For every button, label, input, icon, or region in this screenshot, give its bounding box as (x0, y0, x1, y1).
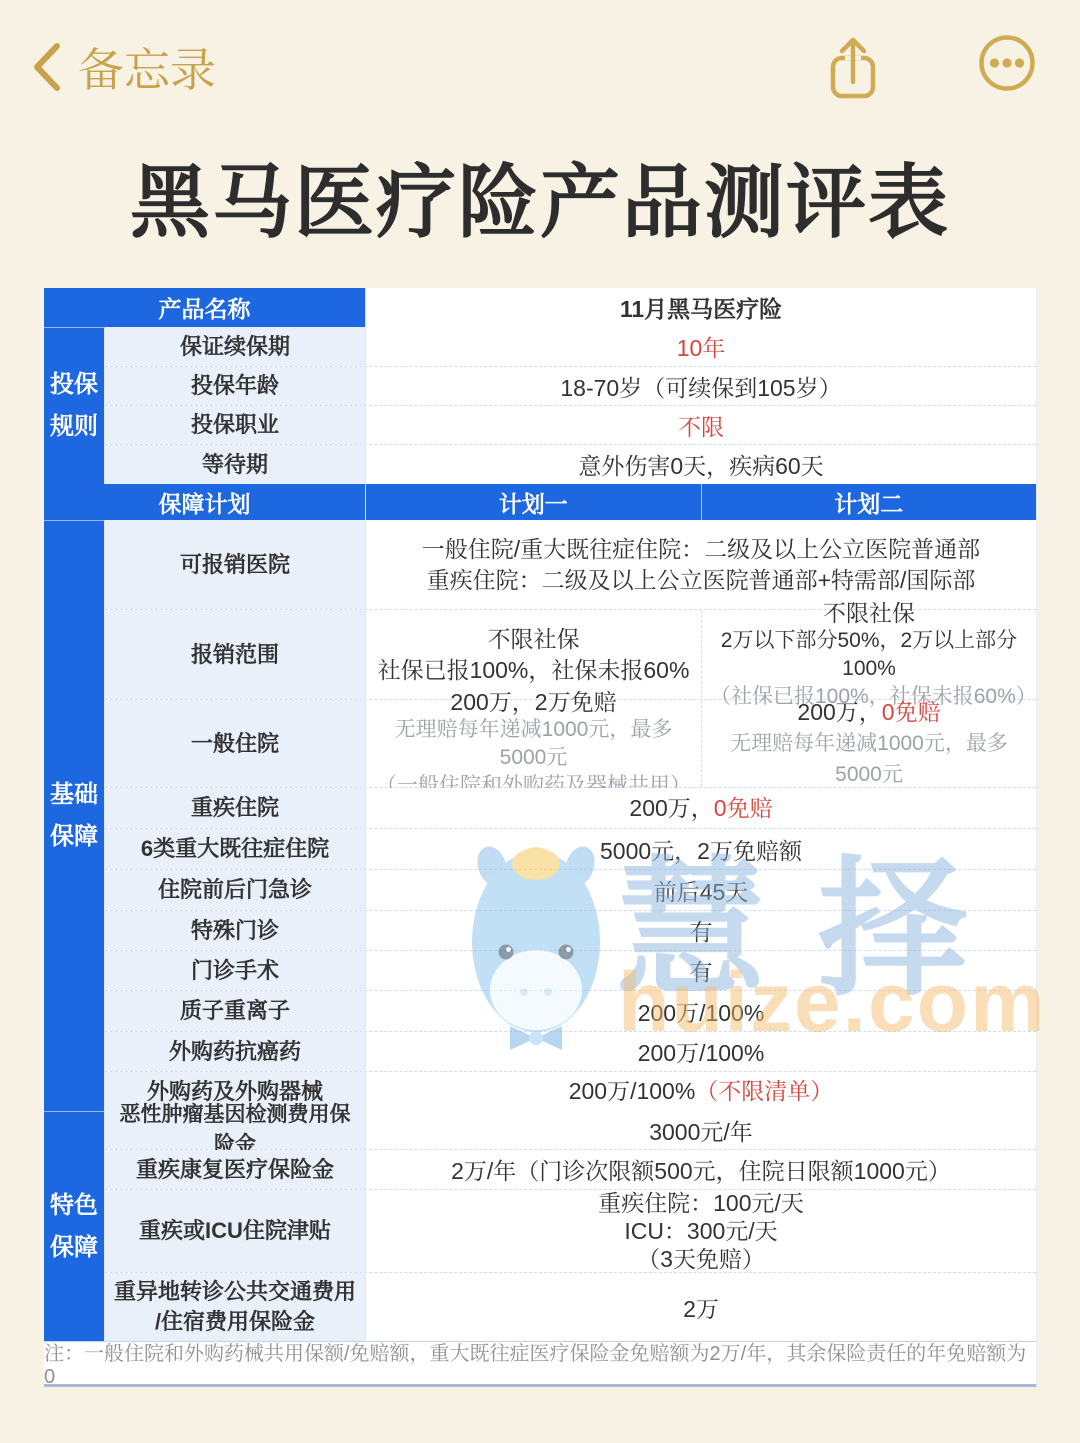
group-basic-coverage: 基础 保障 (44, 520, 105, 1111)
table-row: 重疾或ICU住院津贴 重疾住院：100元/天 ICU：300元/天 （3天免赔） (105, 1190, 1036, 1273)
table-row: 恶性肿瘤基因检测费用保险金 3000元/年 (105, 1111, 1036, 1150)
navbar: 备忘录 (0, 28, 1080, 112)
table-row: 等待期 意外伤害0天，疾病60天 (105, 445, 1036, 484)
group-application-rules: 投保 规则 (44, 327, 105, 484)
row-label: 重疾或ICU住院津贴 (105, 1190, 366, 1272)
table-row: 6类重大既往症住院 5000元，2万免赔额 (105, 829, 1036, 870)
label-line: 重异地转诊公共交通费用 (114, 1277, 356, 1307)
value-line: 重疾住院：100元/天 (598, 1189, 804, 1217)
value-line: （3天免赔） (637, 1245, 765, 1273)
table-row: 报销范围 不限社保 社保已报100%，社保未报60% 不限社保 2万以下部分50… (105, 610, 1036, 700)
plan-header-label: 保障计划 (44, 484, 366, 520)
value-line: 社保已报100%，社保未报60% (378, 655, 690, 686)
label-line: /住宿费用保险金 (155, 1307, 315, 1337)
plan2-value: 不限社保 2万以下部分50%，2万以上部分100% （社保已报100%，社保未报… (701, 610, 1036, 699)
row-value: 200万/100% (366, 991, 1036, 1031)
row-label: 重疾住院 (105, 788, 366, 828)
row-label: 恶性肿瘤基因检测费用保险金 (105, 1111, 366, 1149)
row-label: 等待期 (105, 445, 366, 484)
group-label-line: 投保 (50, 364, 98, 406)
product-name-label: 产品名称 (44, 288, 366, 327)
group-special-coverage: 特色 保障 (44, 1111, 105, 1341)
row-label: 外购药抗癌药 (105, 1032, 366, 1071)
value-line: 一般住院/重大既往症住院：二级及以上公立医院普通部 (422, 534, 980, 565)
product-name-row: 产品名称 11月黑马医疗险 (44, 288, 1036, 327)
table-row: 投保年龄 18-70岁（可续保到105岁） (105, 367, 1036, 406)
row-value: 重疾住院：100元/天 ICU：300元/天 （3天免赔） (366, 1190, 1036, 1272)
page-title: 黑马医疗险产品测评表 (0, 138, 1080, 253)
row-label: 一般住院 (105, 700, 366, 787)
table-row: 重异地转诊公共交通费用 /住宿费用保险金 2万 (105, 1273, 1036, 1341)
row-label: 住院前后门急诊 (105, 870, 366, 910)
table-row: 外购药抗癌药 200万/100% (105, 1032, 1036, 1072)
table-row: 可报销医院 一般住院/重大既往症住院：二级及以上公立医院普通部 重疾住院：二级及… (105, 520, 1036, 610)
table-row: 特殊门诊 有 (105, 911, 1036, 951)
row-value: 2万/年（门诊次限额500元，住院日限额1000元） (366, 1150, 1036, 1189)
row-value: 18-70岁（可续保到105岁） (366, 367, 1036, 405)
row-label: 投保职业 (105, 406, 366, 444)
plan2-header: 计划二 (701, 484, 1037, 520)
section-application-rules: 投保 规则 保证续保期 10年 投保年龄 18-70岁（可续保到105岁） 投保… (44, 327, 1036, 484)
row-value: 3000元/年 (366, 1111, 1036, 1149)
table-row: 门诊手术 有 (105, 951, 1036, 991)
share-icon[interactable] (824, 34, 882, 104)
value-line: 重疾住院：二级及以上公立医院普通部+特需部/国际部 (427, 565, 976, 596)
footnote: 注：一般住院和外购药械共用保额/免赔额，重大既往症医疗保险金免赔额为2万/年，其… (44, 1341, 1036, 1387)
table-row: 一般住院 200万，2万免赔 无理赔每年递减1000元，最多5000元 （一般住… (105, 700, 1036, 788)
value-line: 无理赔每年递减1000元，最多5000元 (710, 728, 1028, 790)
table-row: 保证续保期 10年 (105, 327, 1036, 367)
row-label: 门诊手术 (105, 951, 366, 990)
table-row: 重疾康复医疗保险金 2万/年（门诊次限额500元，住院日限额1000元） (105, 1150, 1036, 1190)
group-label-line: 保障 (50, 1227, 98, 1269)
group-label-line: 规则 (50, 406, 98, 448)
plan1-value: 200万，2万免赔 无理赔每年递减1000元，最多5000元 （一般住院和外购药… (366, 700, 701, 787)
row-value: 200万/100% (366, 1032, 1036, 1071)
row-label: 质子重离子 (105, 991, 366, 1031)
group-label-line: 保障 (50, 816, 98, 858)
row-value: 10年 (366, 327, 1036, 366)
value-line: 200万，0免赔 (797, 697, 940, 728)
value-line: 200万，0免赔 (629, 793, 772, 824)
value-line: 不限社保 (488, 624, 580, 655)
back-label: 备忘录 (78, 34, 216, 100)
back-chevron-icon (30, 41, 62, 93)
more-options-icon[interactable] (978, 34, 1036, 92)
plan2-value: 200万，0免赔 无理赔每年递减1000元，最多5000元 (701, 700, 1036, 787)
row-value: 200万/100%（不限清单） (366, 1072, 1036, 1111)
table-row: 重疾住院 200万，0免赔 (105, 788, 1036, 829)
back-button[interactable]: 备忘录 (30, 34, 216, 100)
table-row: 投保职业 不限 (105, 406, 1036, 445)
row-label: 保证续保期 (105, 327, 366, 366)
plan-header-row: 保障计划 计划一 计划二 (44, 484, 1036, 520)
row-value: 200万，0免赔 (366, 788, 1036, 828)
row-value: 前后45天 (366, 870, 1036, 910)
row-value: 不限 (366, 406, 1036, 444)
plan1-value: 不限社保 社保已报100%，社保未报60% (366, 610, 701, 699)
value-line: 无理赔每年递减1000元，最多5000元 (374, 716, 693, 772)
value-line: 200万，2万免赔 (450, 688, 616, 716)
group-label-line: 特色 (50, 1185, 98, 1227)
table-row: 住院前后门急诊 前后45天 (105, 870, 1036, 911)
row-label: 重疾康复医疗保险金 (105, 1150, 366, 1189)
plan1-header: 计划一 (366, 484, 701, 520)
row-value: 一般住院/重大既往症住院：二级及以上公立医院普通部 重疾住院：二级及以上公立医院… (366, 520, 1036, 609)
row-label: 可报销医院 (105, 520, 366, 609)
value-line: 不限社保 (823, 599, 915, 627)
row-label: 投保年龄 (105, 367, 366, 405)
row-label: 特殊门诊 (105, 911, 366, 950)
row-value: 2万 (366, 1273, 1036, 1341)
value-line: 200万/100%（不限清单） (569, 1076, 834, 1107)
row-value: 有 (366, 911, 1036, 950)
table-row: 质子重离子 200万/100% (105, 991, 1036, 1032)
value-line: ICU：300元/天 (624, 1217, 777, 1245)
section-basic-coverage: 基础 保障 可报销医院 一般住院/重大既往症住院：二级及以上公立医院普通部 重疾… (44, 520, 1036, 1111)
insurance-comparison-table: 产品名称 11月黑马医疗险 投保 规则 保证续保期 10年 投保年龄 18-70… (44, 288, 1037, 1387)
section-special-coverage: 特色 保障 恶性肿瘤基因检测费用保险金 3000元/年 重疾康复医疗保险金 2万… (44, 1111, 1036, 1341)
value-line: 2万以下部分50%，2万以上部分100% (710, 627, 1028, 683)
product-name-value: 11月黑马医疗险 (366, 288, 1036, 327)
row-label: 6类重大既往症住院 (105, 829, 366, 869)
row-label: 重异地转诊公共交通费用 /住宿费用保险金 (105, 1273, 366, 1341)
row-label: 报销范围 (105, 610, 366, 699)
row-value: 5000元，2万免赔额 (366, 829, 1036, 869)
row-value: 有 (366, 951, 1036, 990)
group-label-line: 基础 (50, 774, 98, 816)
row-value: 意外伤害0天，疾病60天 (366, 445, 1036, 484)
